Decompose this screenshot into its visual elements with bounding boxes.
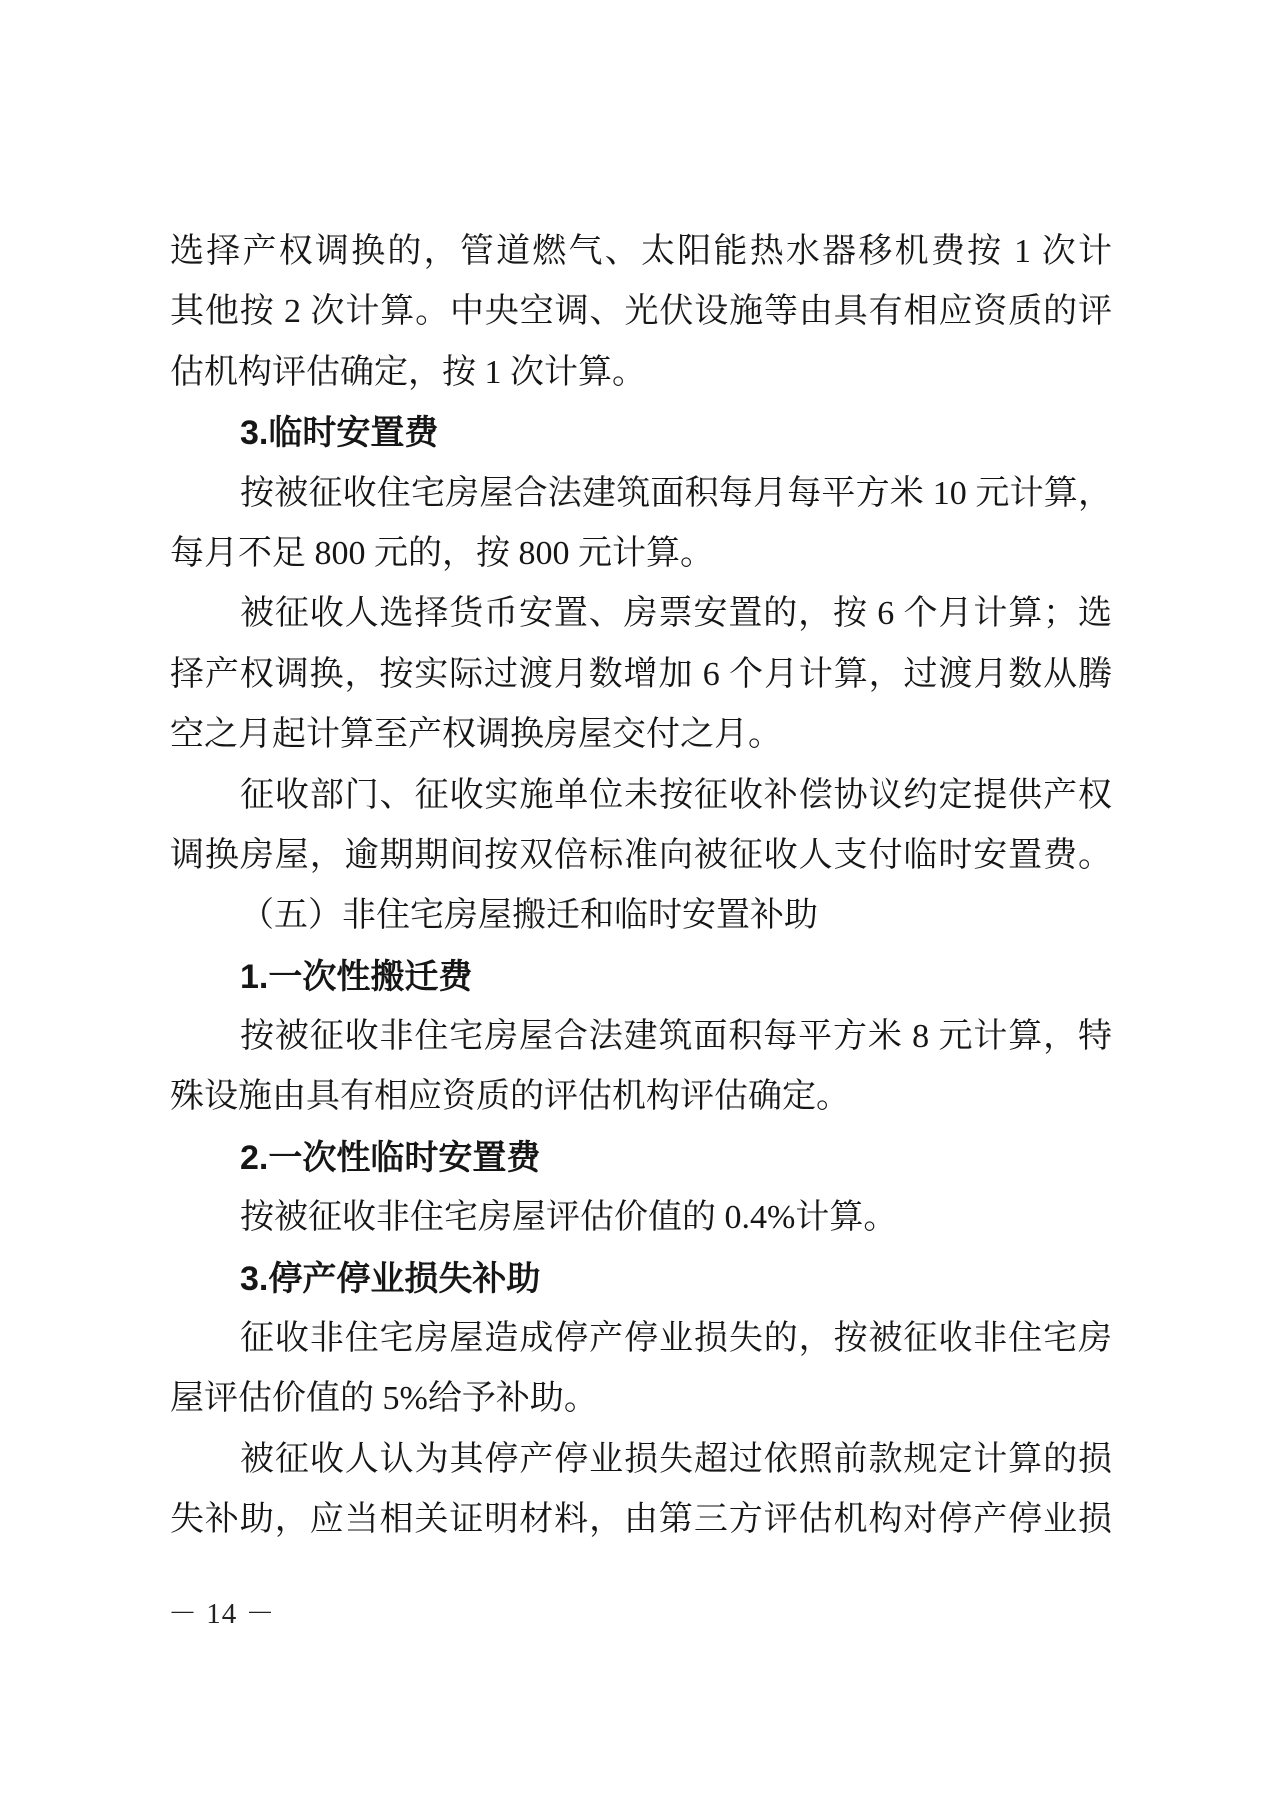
body-text-line: 按被征收非住宅房屋评估价值的 0.4%计算。	[170, 1188, 1112, 1248]
section-heading: 3.停产停业损失补助	[170, 1249, 1112, 1309]
body-text-line: 殊设施由具有相应资质的评估机构评估确定。	[170, 1067, 1112, 1127]
section-heading: 1.一次性搬迁费	[170, 947, 1112, 1007]
body-text-line: 征收部门、征收实施单位未按征收补偿协议约定提供产权	[170, 766, 1112, 826]
body-text-line: 失补助，应当相关证明材料，由第三方评估机构对停产停业损	[170, 1490, 1112, 1550]
body-text-line: 按被征收住宅房屋合法建筑面积每月每平方米 10 元计算，	[170, 464, 1112, 524]
section-heading: 3.临时安置费	[170, 403, 1112, 463]
body-text-line: 按被征收非住宅房屋合法建筑面积每平方米 8 元计算，特	[170, 1007, 1112, 1067]
body-text-line: 选择产权调换的，管道燃气、太阳能热水器移机费按 1 次计算，	[170, 222, 1112, 282]
body-text-line: 每月不足 800 元的，按 800 元计算。	[170, 524, 1112, 584]
section-heading: 2.一次性临时安置费	[170, 1128, 1112, 1188]
subsection-heading: （五）非住宅房屋搬迁和临时安置补助	[170, 886, 1112, 946]
body-text-line: 被征收人认为其停产停业损失超过依照前款规定计算的损	[170, 1430, 1112, 1490]
body-text-line: 被征收人选择货币安置、房票安置的，按 6 个月计算；选	[170, 584, 1112, 644]
page-number: － 14 －	[168, 1594, 276, 1634]
body-text-line: 空之月起计算至产权调换房屋交付之月。	[170, 705, 1112, 765]
body-text-line: 屋评估价值的 5%给予补助。	[170, 1369, 1112, 1429]
document-page: 选择产权调换的，管道燃气、太阳能热水器移机费按 1 次计算， 其他按 2 次计算…	[170, 222, 1112, 1551]
body-text-line: 择产权调换，按实际过渡月数增加 6 个月计算，过渡月数从腾	[170, 645, 1112, 705]
body-text-line: 调换房屋，逾期期间按双倍标准向被征收人支付临时安置费。	[170, 826, 1112, 886]
body-text-line: 其他按 2 次计算。中央空调、光伏设施等由具有相应资质的评	[170, 282, 1112, 342]
body-text-line: 征收非住宅房屋造成停产停业损失的，按被征收非住宅房	[170, 1309, 1112, 1369]
body-text-line: 估机构评估确定，按 1 次计算。	[170, 343, 1112, 403]
